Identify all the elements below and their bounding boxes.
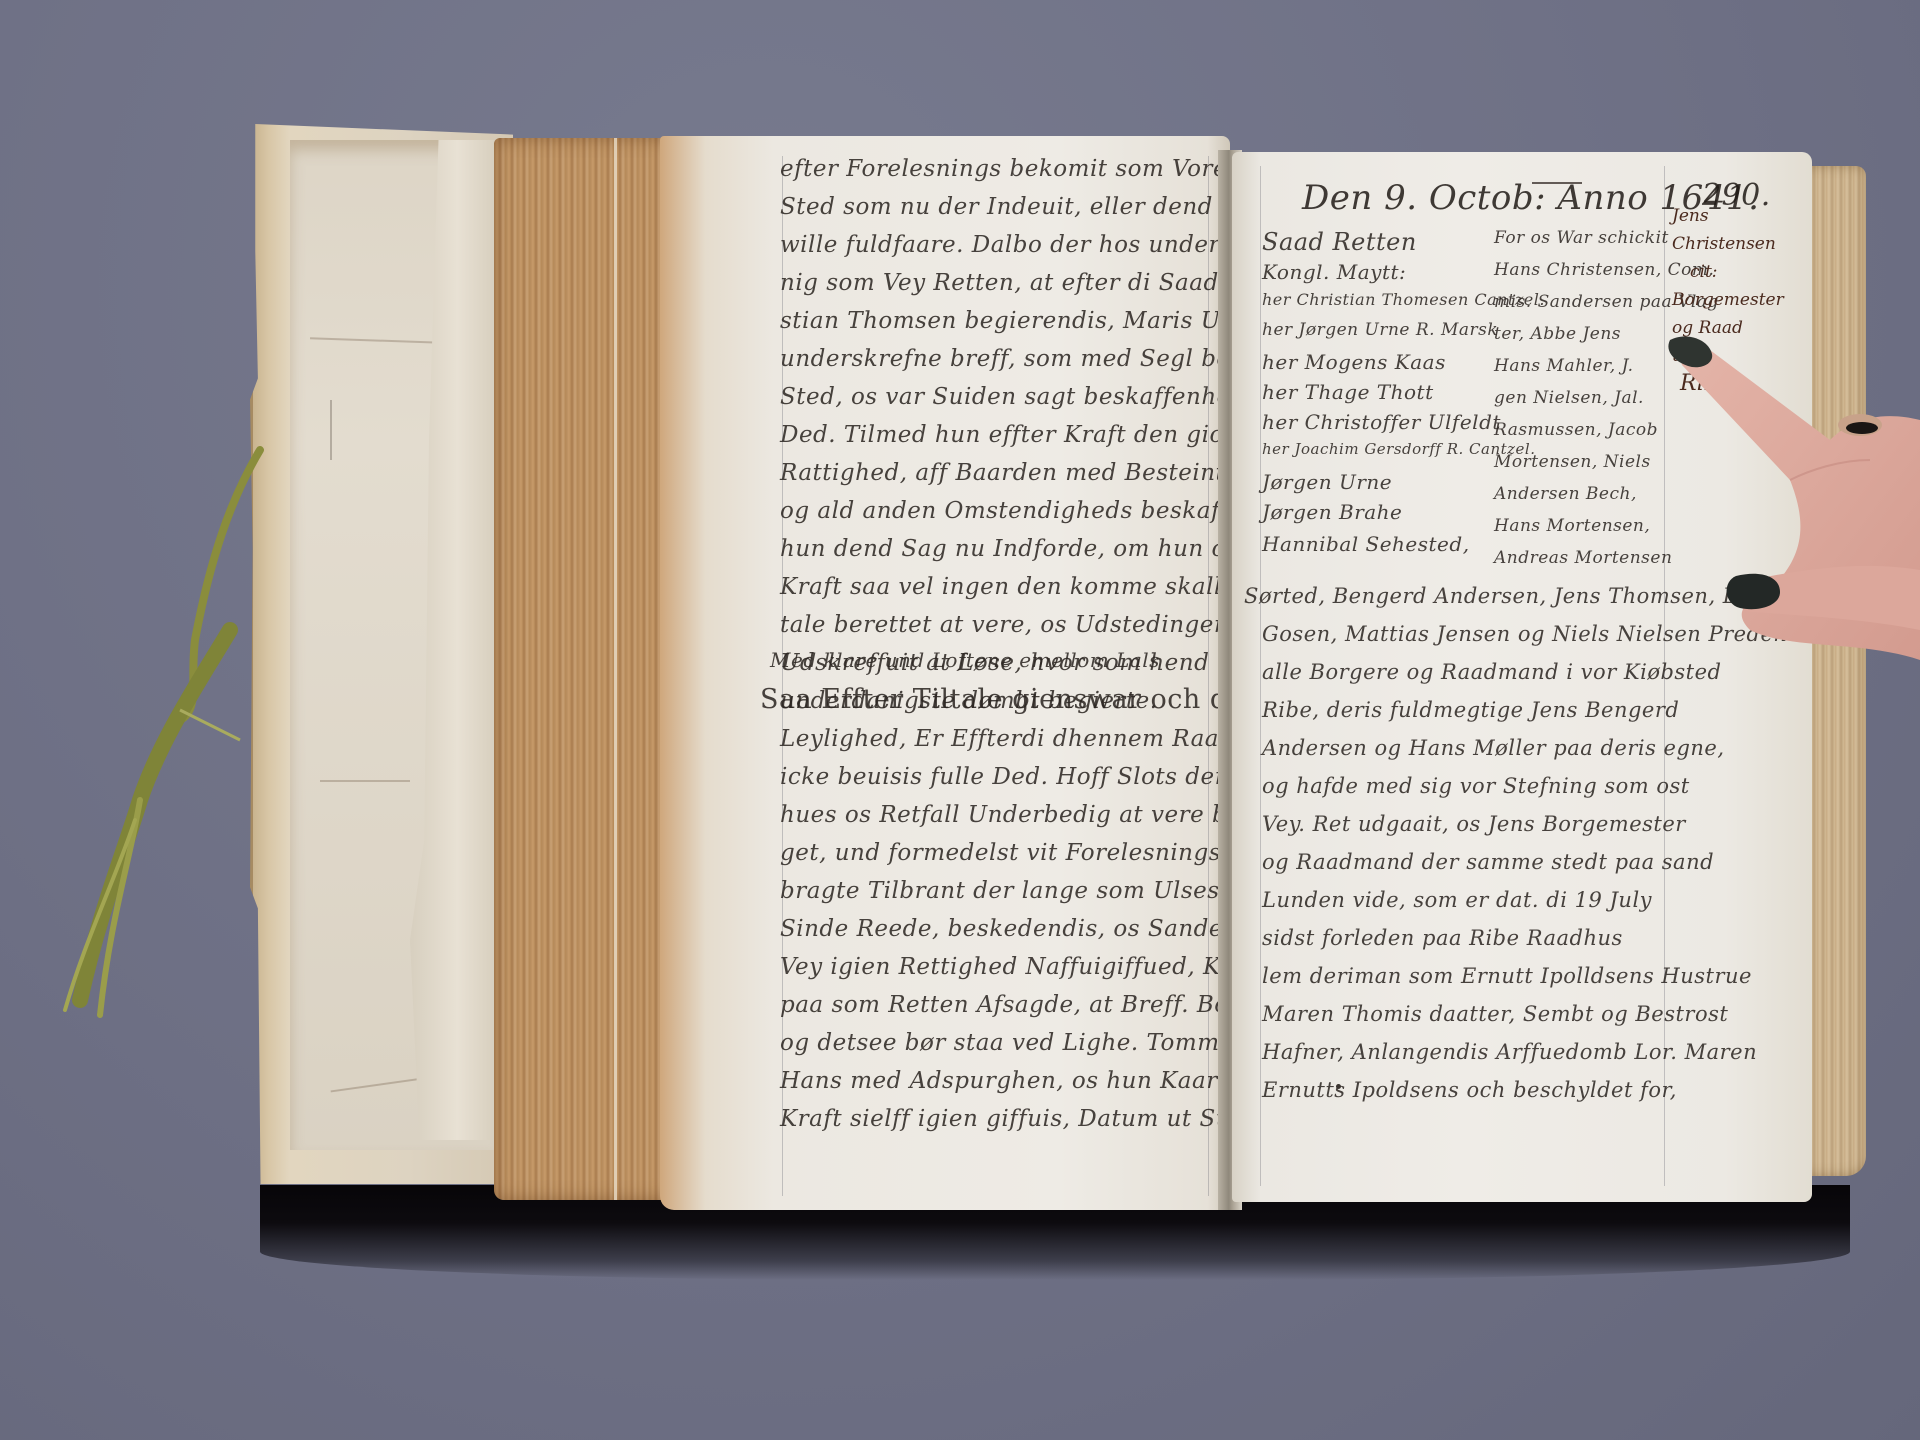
manuscript-line: lem deriman som Ernutt Ipolldsens Hustru… [1262, 964, 1752, 988]
court-list-line: her Mogens Kaas [1262, 350, 1446, 374]
manuscript-line: Ribe, deris fuldmegtige Jens Bengerd [1262, 698, 1679, 722]
manuscript-line: Andersen og Hans Møller paa deris egne, [1262, 736, 1725, 760]
court-list-line: her Christoffer Ulfeldt [1262, 410, 1501, 434]
party-list-line: For os War schickit [1494, 228, 1669, 248]
manuscript-line: paa som Retten Afsagde, at Breff. Borger [780, 992, 1281, 1018]
manuscript-line: Hafner, Anlangendis Arffuedomb Lor. Mare… [1262, 1040, 1757, 1064]
party-list-line: gen Nielsen, Jal. [1494, 388, 1644, 408]
ink-dot [1336, 1084, 1341, 1089]
manuscript-line: Kraft saa vel ingen den komme skall [780, 574, 1222, 600]
ribbon-bookmark-icon [30, 440, 270, 1030]
court-list-line: Jørgen Urne [1262, 470, 1392, 494]
manuscript-line: Leylighed, Er Effterdi dhennem Raadt [780, 726, 1244, 752]
left-page: efter Forelesnings bekomit som Vore till… [660, 136, 1230, 1210]
party-list-line: Hans Mortensen, [1494, 516, 1650, 536]
party-list-line: Andersen Bech, [1494, 484, 1637, 504]
paper-crease [330, 400, 332, 460]
manuscript-line: sidst forleden paa Ribe Raadhus [1262, 926, 1623, 950]
manuscript-line: Maren Thomis daatter, Sembt og Bestrost [1262, 1002, 1728, 1026]
manuscript-line: hun dend Sag nu Indforde, om hun os oss [780, 536, 1285, 562]
ruling-line [1260, 166, 1261, 1186]
party-list-line: Hans Mahler, J. [1494, 356, 1634, 376]
manuscript-line: og Raadmand der samme stedt paa sand [1262, 850, 1714, 874]
manuscript-line: Vey igien Rettighed Naffuigiffued, Kr in… [780, 954, 1275, 980]
manuscript-line: Ernutts Ipoldsens och beschyldet for, [1262, 1078, 1677, 1102]
court-list-line: her Thage Thott [1262, 380, 1434, 404]
pointing-hand-icon [1640, 330, 1920, 690]
manuscript-line: Lunden vide, som er dat. di 19 July [1262, 888, 1652, 912]
court-list-line: Jørgen Brahe [1262, 500, 1402, 524]
manuscript-line: Vey. Ret udgaait, os Jens Borgemester [1262, 812, 1686, 836]
page-block-edge [494, 138, 674, 1200]
manuscript-line: wille fuldfaare. Dalbo der hos underda [780, 232, 1249, 258]
manuscript-line: tale berettet at vere, os Udstedinger [780, 612, 1225, 638]
party-list-line: Rasmussen, Jacob [1494, 420, 1658, 440]
court-list-line: Hannibal Sehested, [1262, 532, 1470, 556]
court-list-line: Kongl. Maytt: [1262, 260, 1406, 284]
manuscript-line: og hafde med sig vor Stefning som ost [1262, 774, 1690, 798]
manuscript-line: Kraft sielff igien giffuis, Datum ut Sup… [780, 1106, 1280, 1132]
margin-note-line: Borgemester [1672, 286, 1772, 314]
party-list-line: Mortensen, Niels [1494, 452, 1651, 472]
party-list-line: ter, Abbe Jens [1494, 324, 1621, 344]
manuscript-line: Rattighed, aff Baarden med Besteinte [780, 460, 1239, 486]
margin-note-line: Jens Christensen [1672, 202, 1772, 258]
court-list-line: her Jørgen Urne R. Marsk [1262, 320, 1498, 340]
paragraph-header: Med klare und Loftene emellom Lals [770, 648, 1160, 672]
manuscript-line: underskrefne breff, som med Segl besteet [780, 346, 1291, 372]
court-list-line: Saad Retten [1262, 228, 1417, 256]
paper-crease [320, 780, 410, 782]
margin-note-line: cit: [1672, 258, 1772, 286]
